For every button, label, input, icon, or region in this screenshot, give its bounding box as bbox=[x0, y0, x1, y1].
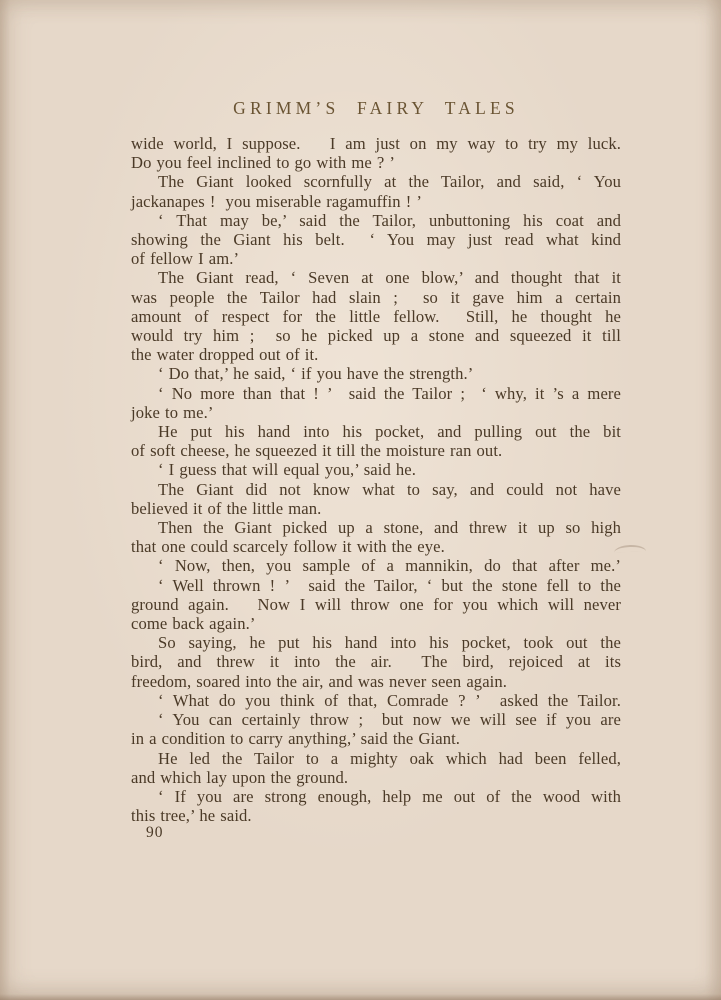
text-line: Do you feel inclined to go with me ? ’ bbox=[131, 153, 621, 172]
text-line: ‘ If you are strong enough, help me out … bbox=[131, 787, 621, 806]
page-number: 90 bbox=[146, 824, 164, 842]
page-edge-shadow-bottom bbox=[0, 994, 721, 1000]
text-line: He led the Tailor to a mighty oak which … bbox=[131, 749, 621, 768]
text-line: that one could scarcely follow it with t… bbox=[131, 537, 621, 556]
text-line: The Giant did not know what to say, and … bbox=[131, 480, 621, 499]
text-line: believed it of the little man. bbox=[131, 499, 621, 518]
text-line: and which lay upon the ground. bbox=[131, 768, 621, 787]
text-line: ‘ Well thrown ! ’ said the Tailor, ‘ but… bbox=[131, 576, 621, 595]
text-line: of soft cheese, he squeezed it till the … bbox=[131, 441, 621, 460]
page-text: wide world, I suppose. I am just on my w… bbox=[131, 134, 621, 825]
text-line: ‘ Now, then, you sample of a mannikin, d… bbox=[131, 556, 621, 575]
running-header: GRIMM’S FAIRY TALES bbox=[131, 98, 621, 119]
text-line: joke to me.’ bbox=[131, 403, 621, 422]
text-line: wide world, I suppose. I am just on my w… bbox=[131, 134, 621, 153]
text-line: He put his hand into his pocket, and pul… bbox=[131, 422, 621, 441]
text-line: would try him ; so he picked up a stone … bbox=[131, 326, 621, 345]
text-line: ‘ Do that,’ he said, ‘ if you have the s… bbox=[131, 364, 621, 383]
text-line: Then the Giant picked up a stone, and th… bbox=[131, 518, 621, 537]
text-line: bird, and threw it into the air. The bir… bbox=[131, 652, 621, 671]
page-edge-shadow-right bbox=[705, 0, 721, 1000]
text-line: ground again. Now I will throw one for y… bbox=[131, 595, 621, 614]
text-line: ‘ That may be,’ said the Tailor, unbutto… bbox=[131, 211, 621, 230]
text-line: The Giant looked scornfully at the Tailo… bbox=[131, 172, 621, 191]
text-line: come back again.’ bbox=[131, 614, 621, 633]
text-line: was people the Tailor had slain ; so it … bbox=[131, 288, 621, 307]
text-line: ‘ No more than that ! ’ said the Tailor … bbox=[131, 384, 621, 403]
text-line: freedom, soared into the air, and was ne… bbox=[131, 672, 621, 691]
text-line: showing the Giant his belt. ‘ You may ju… bbox=[131, 230, 621, 249]
text-line: amount of respect for the little fellow.… bbox=[131, 307, 621, 326]
text-line: of fellow I am.’ bbox=[131, 249, 621, 268]
text-line: So saying, he put his hand into his pock… bbox=[131, 633, 621, 652]
text-line: ‘ What do you think of that, Comrade ? ’… bbox=[131, 691, 621, 710]
text-line: The Giant read, ‘ Seven at one blow,’ an… bbox=[131, 268, 621, 287]
text-line: the water dropped out of it. bbox=[131, 345, 621, 364]
text-line: this tree,’ he said. bbox=[131, 806, 621, 825]
page-edge-shadow-left bbox=[0, 0, 10, 1000]
text-line: in a condition to carry anything,’ said … bbox=[131, 729, 621, 748]
text-line: jackanapes ! you miserable ragamuffin ! … bbox=[131, 192, 621, 211]
text-line: ‘ I guess that will equal you,’ said he. bbox=[131, 460, 621, 479]
text-line: ‘ You can certainly throw ; but now we w… bbox=[131, 710, 621, 729]
book-page: GRIMM’S FAIRY TALES wide world, I suppos… bbox=[0, 0, 721, 1000]
